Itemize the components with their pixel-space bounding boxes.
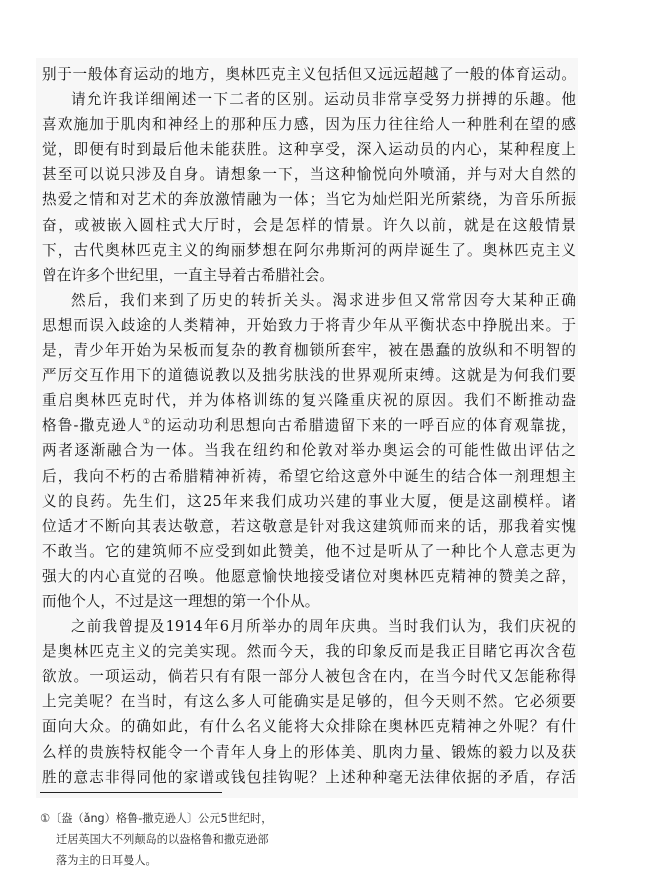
- text-line: 欲放。一项运动，倘若只有有限一部分人被包含在内，在当今时代又怎能称得: [42, 664, 576, 689]
- footnote-divider: [40, 792, 222, 793]
- text-line: 不敢当。它的建筑师不应受到如此赞美，他不过是听从了一种比个人意志更为: [42, 539, 576, 564]
- text-line: 上完美呢？在当时，有这么多人可能确实是足够的，但今天则不然。它必须要: [42, 689, 576, 714]
- text-line: 觉，即便有时到最后他未能获胜。这种享受，深入运动员的内心，某种程度上: [42, 137, 576, 162]
- paragraph-end-line: 曾在许多个世纪里，一直主导着古希腊社会。: [42, 263, 576, 288]
- text-line: 位适才不断向其表达敬意，若这敬意是针对我这建筑师而来的话，那我着实愧: [42, 514, 576, 539]
- text-line: 面向大众。的确如此，有什么名义能将大众排除在奥林匹克精神之外呢？有什: [42, 714, 576, 739]
- text-line: 是，青少年开始为呆板而复杂的教育枷锁所套牢，被在愚蠢的放纵和不明智的: [42, 338, 576, 363]
- text-line: 甚至可以说只涉及自身。请想象一下，当这种愉悦向外喷涌，并与对大自然的: [42, 162, 576, 187]
- text-segment: 的运动功利思想向古希腊遗留下来的一呼百应的体育观靠拢，: [151, 417, 576, 434]
- footnote-line: ①〔盎（ǎng）格鲁-撒克逊人〕公元5世纪时，: [40, 808, 300, 829]
- text-line: 重启奥林匹克时代，并为体格训练的复兴隆重庆祝的原因。我们不断推动盎: [42, 388, 576, 413]
- text-line-with-footnote-ref: 格鲁-撒克逊人①的运动功利思想向古希腊遗留下来的一呼百应的体育观靠拢，: [42, 413, 576, 438]
- text-line: 严厉交互作用下的道德说教以及拙劣肤浅的世界观所束缚。这就是为何我们要: [42, 363, 576, 388]
- paragraph-end-line: 而他个人，不过是这一理想的第一个仆从。: [42, 589, 576, 614]
- text-line: 后，我向不朽的古希腊精神祈祷，希望它给这意外中诞生的结合体一剂理想主: [42, 464, 576, 489]
- text-line: 奋，或被嵌入圆柱式大厅时，会是怎样的情景。许久以前，就是在这般情景: [42, 213, 576, 238]
- footnote-line: 落为主的日耳曼人。: [40, 850, 300, 871]
- text-line: 下，古代奥林匹克主义的绚丽梦想在阿尔弗斯河的两岸诞生了。奥林匹克主义: [42, 238, 576, 263]
- text-line: 胜的意志非得同他的家谱或钱包挂钩呢？上述种种毫无法律依据的矛盾，存活: [42, 765, 576, 790]
- text-line: 是奥林匹克主义的完美实现。然而今天，我的印象反而是我正目睹它再次含苞: [42, 639, 576, 664]
- paragraph-start-line: 请允许我详细阐述一下二者的区别。运动员非常享受努力拼搏的乐趣。他: [42, 87, 576, 112]
- text-line: 别于一般体育运动的地方，奥林匹克主义包括但又远远超越了一般的体育运动。: [42, 62, 576, 87]
- paragraph-start-line: 之前我曾提及1914年6月所举办的周年庆典。当时我们认为，我们庆祝的: [42, 614, 576, 639]
- text-line: 义的良药。先生们，这25年来我们成功兴建的事业大厦，便是这副模样。诸: [42, 489, 576, 514]
- text-line: 两者逐渐融合为一体。当我在纽约和伦敦对举办奥运会的可能性做出评估之: [42, 438, 576, 463]
- text-line: 热爱之情和对艺术的奔放激情融为一体；当它为灿烂阳光所萦绕，为音乐所振: [42, 187, 576, 212]
- body-text: 别于一般体育运动的地方，奥林匹克主义包括但又远远超越了一般的体育运动。 请允许我…: [42, 62, 576, 790]
- text-line: 喜欢施加于肌肉和神经上的那种压力感，因为压力往往给人一种胜利在望的感: [42, 112, 576, 137]
- text-line: 么样的贵族特权能令一个青年人身上的形体美、肌肉力量、锻炼的毅力以及获: [42, 740, 576, 765]
- footnote-line: 迁居英国大不列颠岛的以盎格鲁和撒克逊部: [40, 829, 300, 850]
- text-line: 思想而误入歧途的人类精神，开始致力于将青少年从平衡状态中挣脱出来。于: [42, 313, 576, 338]
- paragraph-start-line: 然后，我们来到了历史的转折关头。渴求进步但又常常因夸大某种正确: [42, 288, 576, 313]
- footnote-reference[interactable]: ①: [143, 417, 151, 426]
- text-segment: 格鲁-撒克逊人: [42, 417, 143, 434]
- text-line: 强大的内心直觉的召唤。他愿意愉快地接受诸位对奥林匹克精神的赞美之辞，: [42, 564, 576, 589]
- footnote: ①〔盎（ǎng）格鲁-撒克逊人〕公元5世纪时， 迁居英国大不列颠岛的以盎格鲁和撒…: [40, 808, 300, 871]
